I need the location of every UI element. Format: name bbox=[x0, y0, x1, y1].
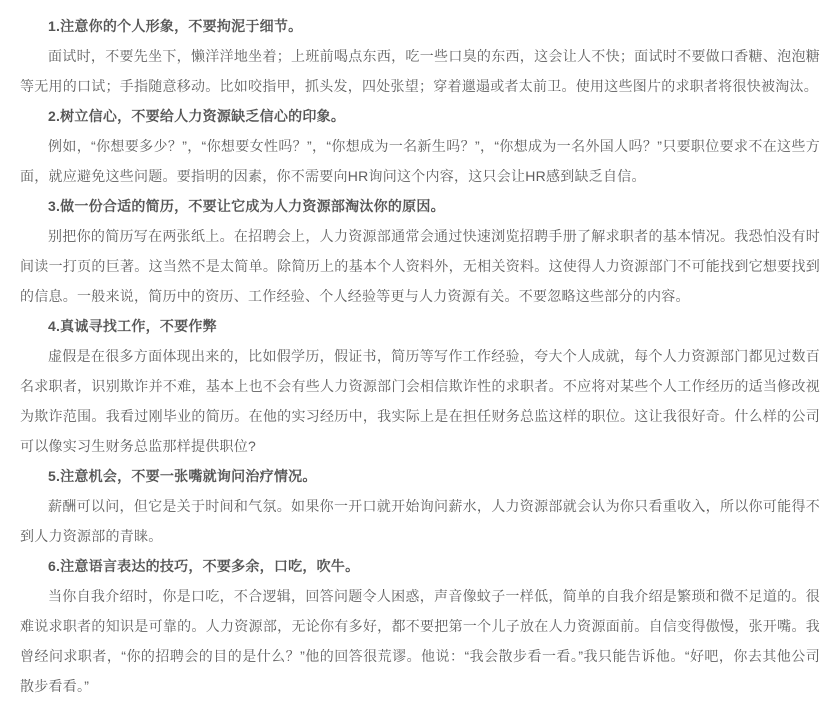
section-6-body: 当你自我介绍时，你是口吃，不合逻辑，回答问题令人困惑，声音像蚊子一样低，简单的自… bbox=[20, 581, 820, 701]
section-4-heading: 4.真诚寻找工作，不要作弊 bbox=[20, 311, 820, 341]
section-4-body: 虚假是在很多方面体现出来的，比如假学历，假证书，简历等写作工作经验，夸大个人成就… bbox=[20, 341, 820, 461]
document-page: 1.注意你的个人形象，不要拘泥于细节。 面试时，不要先坐下，懒洋洋地坐着；上班前… bbox=[0, 0, 840, 701]
section-1-body: 面试时，不要先坐下，懒洋洋地坐着；上班前喝点东西，吃一些口臭的东西，这会让人不快… bbox=[20, 41, 820, 101]
section-3-body: 别把你的简历写在两张纸上。在招聘会上，人力资源部通常会通过快速浏览招聘手册了解求… bbox=[20, 221, 820, 311]
section-1-heading: 1.注意你的个人形象，不要拘泥于细节。 bbox=[20, 11, 820, 41]
section-5-heading: 5.注意机会，不要一张嘴就询问治疗情况。 bbox=[20, 461, 820, 491]
section-6-heading: 6.注意语言表达的技巧，不要多余，口吃，吹牛。 bbox=[20, 551, 820, 581]
section-3-heading: 3.做一份合适的简历，不要让它成为人力资源部淘汰你的原因。 bbox=[20, 191, 820, 221]
section-5-body: 薪酬可以问，但它是关于时间和气氛。如果你一开口就开始询问薪水，人力资源部就会认为… bbox=[20, 491, 820, 551]
section-2-body: 例如，“你想要多少？”，“你想要女性吗？”，“你想成为一名新生吗？”，“你想成为… bbox=[20, 131, 820, 191]
section-2-heading: 2.树立信心，不要给人力资源缺乏信心的印象。 bbox=[20, 101, 820, 131]
